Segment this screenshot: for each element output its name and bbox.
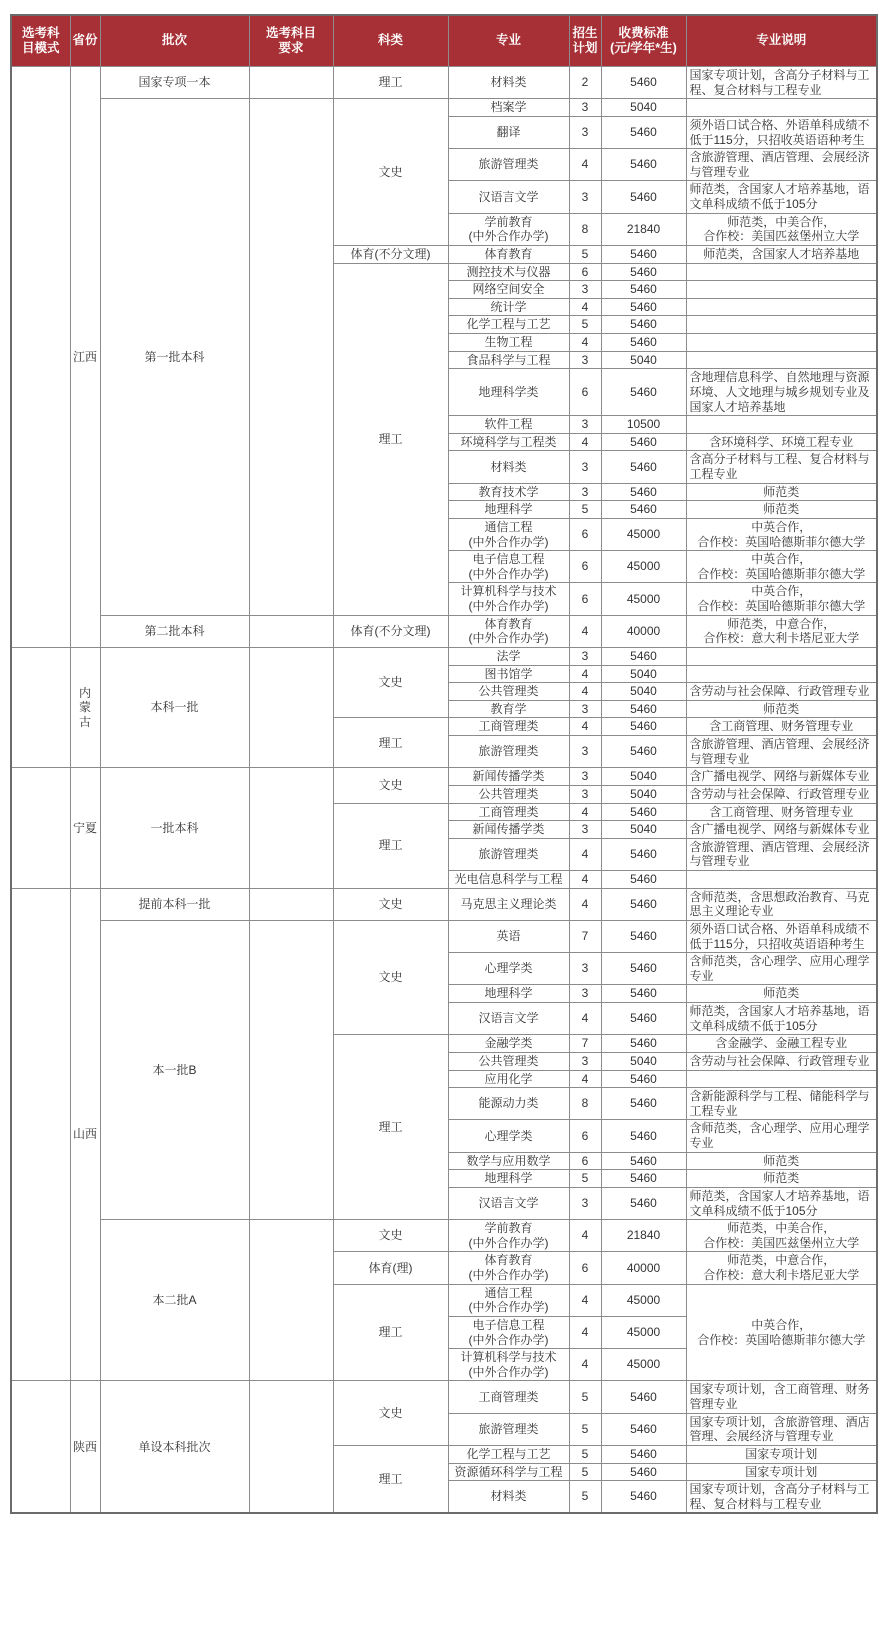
major-cell: 统计学 bbox=[448, 298, 569, 316]
major-cell: 英语 bbox=[448, 920, 569, 952]
fee-cell: 5460 bbox=[601, 1003, 686, 1035]
plan-cell: 4 bbox=[569, 334, 601, 352]
major-cell: 计算机科学与技术 (中外合作办学) bbox=[448, 583, 569, 615]
col-header-note: 专业说明 bbox=[686, 15, 877, 67]
plan-cell: 3 bbox=[569, 785, 601, 803]
plan-cell: 4 bbox=[569, 1220, 601, 1252]
major-cell: 生物工程 bbox=[448, 334, 569, 352]
plan-cell: 8 bbox=[569, 1088, 601, 1120]
category-cell: 文史 bbox=[333, 99, 448, 246]
category-cell: 文史 bbox=[333, 1381, 448, 1446]
major-cell: 公共管理类 bbox=[448, 683, 569, 701]
fee-cell: 5460 bbox=[601, 1120, 686, 1152]
table-header: 选考科 目模式 省份 批次 选考科目 要求 科类 专业 招生 计划 收费标准 (… bbox=[11, 15, 877, 67]
note-cell: 含劳动与社会保障、行政管理专业 bbox=[686, 683, 877, 701]
fee-cell: 5460 bbox=[601, 181, 686, 213]
major-cell: 数学与应用数学 bbox=[448, 1152, 569, 1170]
note-cell: 含高分子材料与工程、复合材料与工程专业 bbox=[686, 451, 877, 483]
major-cell: 新闻传播学类 bbox=[448, 768, 569, 786]
category-cell: 体育(理) bbox=[333, 1252, 448, 1284]
note-cell: 国家专项计划，含旅游管理、酒店管理、会展经济与管理专业 bbox=[686, 1413, 877, 1445]
plan-cell: 3 bbox=[569, 768, 601, 786]
note-cell bbox=[686, 298, 877, 316]
fee-cell: 5040 bbox=[601, 99, 686, 117]
fee-cell: 5460 bbox=[601, 1481, 686, 1514]
major-cell: 通信工程 (中外合作办学) bbox=[448, 518, 569, 550]
plan-cell: 6 bbox=[569, 1120, 601, 1152]
plan-cell: 6 bbox=[569, 1152, 601, 1170]
fee-cell: 5460 bbox=[601, 1187, 686, 1219]
fee-cell: 5460 bbox=[601, 1413, 686, 1445]
plan-cell: 6 bbox=[569, 263, 601, 281]
plan-cell: 4 bbox=[569, 615, 601, 647]
fee-cell: 45000 bbox=[601, 551, 686, 583]
note-cell: 含旅游管理、酒店管理、会展经济与管理专业 bbox=[686, 838, 877, 870]
batch-cell: 单设本科批次 bbox=[100, 1381, 249, 1514]
fee-cell: 5460 bbox=[601, 1170, 686, 1188]
province-cell: 宁夏 bbox=[70, 768, 100, 888]
plan-cell: 6 bbox=[569, 518, 601, 550]
major-cell: 档案学 bbox=[448, 99, 569, 117]
plan-cell: 4 bbox=[569, 1316, 601, 1348]
plan-cell: 7 bbox=[569, 1035, 601, 1053]
note-cell: 须外语口试合格、外语单科成绩不低于115分，只招收英语语种考生 bbox=[686, 920, 877, 952]
plan-cell: 3 bbox=[569, 416, 601, 434]
batch-cell: 国家专项一本 bbox=[100, 67, 249, 99]
major-cell: 食品科学与工程 bbox=[448, 351, 569, 369]
col-header-fee: 收费标准 (元/学年*生) bbox=[601, 15, 686, 67]
note-cell: 师范类，中意合作， 合作校：意大利卡塔尼亚大学 bbox=[686, 1252, 877, 1284]
mode-cell bbox=[11, 768, 70, 888]
major-cell: 测控技术与仪器 bbox=[448, 263, 569, 281]
plan-cell: 6 bbox=[569, 583, 601, 615]
category-cell: 理工 bbox=[333, 67, 448, 99]
note-cell: 国家专项计划，含工商管理、财务管理专业 bbox=[686, 1381, 877, 1413]
header-row: 选考科 目模式 省份 批次 选考科目 要求 科类 专业 招生 计划 收费标准 (… bbox=[11, 15, 877, 67]
category-cell: 理工 bbox=[333, 263, 448, 615]
category-cell: 理工 bbox=[333, 1035, 448, 1220]
requirement-cell bbox=[249, 888, 333, 920]
fee-cell: 5460 bbox=[601, 920, 686, 952]
plan-cell: 4 bbox=[569, 1349, 601, 1381]
fee-cell: 5460 bbox=[601, 263, 686, 281]
major-cell: 化学工程与工艺 bbox=[448, 1445, 569, 1463]
note-cell: 含旅游管理、酒店管理、会展经济与管理专业 bbox=[686, 149, 877, 181]
plan-cell: 4 bbox=[569, 149, 601, 181]
fee-cell: 21840 bbox=[601, 1220, 686, 1252]
requirement-cell bbox=[249, 1381, 333, 1514]
note-cell: 含金融学、金融工程专业 bbox=[686, 1035, 877, 1053]
plan-cell: 4 bbox=[569, 838, 601, 870]
fee-cell: 45000 bbox=[601, 583, 686, 615]
category-cell: 理工 bbox=[333, 803, 448, 888]
note-cell bbox=[686, 351, 877, 369]
plan-cell: 3 bbox=[569, 99, 601, 117]
major-cell: 化学工程与工艺 bbox=[448, 316, 569, 334]
major-cell: 马克思主义理论类 bbox=[448, 888, 569, 920]
note-cell: 含地理信息科学、自然地理与资源环境、人文地理与城乡规划专业及国家人才培养基地 bbox=[686, 369, 877, 416]
fee-cell: 5460 bbox=[601, 334, 686, 352]
fee-cell: 5460 bbox=[601, 1035, 686, 1053]
plan-cell: 3 bbox=[569, 736, 601, 768]
major-cell: 光电信息科学与工程 bbox=[448, 871, 569, 889]
fee-cell: 5040 bbox=[601, 1052, 686, 1070]
major-cell: 旅游管理类 bbox=[448, 149, 569, 181]
plan-cell: 3 bbox=[569, 351, 601, 369]
table-row: 宁夏一批本科文史新闻传播学类35040含广播电视学、网络与新媒体专业 bbox=[11, 768, 877, 786]
requirement-cell bbox=[249, 67, 333, 99]
plan-cell: 5 bbox=[569, 1413, 601, 1445]
fee-cell: 5040 bbox=[601, 821, 686, 839]
fee-cell: 40000 bbox=[601, 615, 686, 647]
requirement-cell bbox=[249, 920, 333, 1219]
fee-cell: 5460 bbox=[601, 483, 686, 501]
fee-cell: 5460 bbox=[601, 871, 686, 889]
plan-cell: 6 bbox=[569, 1252, 601, 1284]
plan-cell: 3 bbox=[569, 483, 601, 501]
plan-cell: 7 bbox=[569, 920, 601, 952]
note-cell: 师范类，含国家人才培养基地，语文单科成绩不低于105分 bbox=[686, 181, 877, 213]
note-cell bbox=[686, 665, 877, 683]
major-cell: 体育教育 (中外合作办学) bbox=[448, 1252, 569, 1284]
plan-cell: 6 bbox=[569, 369, 601, 416]
note-cell: 含工商管理、财务管理专业 bbox=[686, 718, 877, 736]
category-cell: 文史 bbox=[333, 920, 448, 1034]
note-cell: 师范类 bbox=[686, 483, 877, 501]
plan-cell: 4 bbox=[569, 871, 601, 889]
major-cell: 汉语言文学 bbox=[448, 181, 569, 213]
major-cell: 地理科学类 bbox=[448, 369, 569, 416]
fee-cell: 5040 bbox=[601, 683, 686, 701]
note-cell bbox=[686, 99, 877, 117]
note-cell: 师范类，含国家人才培养基地，语文单科成绩不低于105分 bbox=[686, 1187, 877, 1219]
requirement-cell bbox=[249, 1220, 333, 1381]
fee-cell: 5460 bbox=[601, 838, 686, 870]
batch-cell: 第一批本科 bbox=[100, 99, 249, 615]
plan-cell: 5 bbox=[569, 501, 601, 519]
mode-cell bbox=[11, 67, 70, 648]
fee-cell: 5460 bbox=[601, 718, 686, 736]
major-cell: 公共管理类 bbox=[448, 785, 569, 803]
major-cell: 资源循环科学与工程 bbox=[448, 1463, 569, 1481]
batch-cell: 提前本科一批 bbox=[100, 888, 249, 920]
fee-cell: 40000 bbox=[601, 1252, 686, 1284]
province-cell: 江西 bbox=[70, 67, 100, 648]
fee-cell: 5460 bbox=[601, 67, 686, 99]
requirement-cell bbox=[249, 768, 333, 888]
major-cell: 工商管理类 bbox=[448, 803, 569, 821]
major-cell: 学前教育 (中外合作办学) bbox=[448, 213, 569, 245]
plan-cell: 3 bbox=[569, 700, 601, 718]
col-header-batch: 批次 bbox=[100, 15, 249, 67]
note-cell bbox=[686, 871, 877, 889]
note-cell: 中英合作， 合作校：英国哈德斯菲尔德大学 bbox=[686, 1284, 877, 1381]
major-cell: 工商管理类 bbox=[448, 1381, 569, 1413]
col-header-province: 省份 bbox=[70, 15, 100, 67]
plan-cell: 5 bbox=[569, 1481, 601, 1514]
note-cell: 中英合作， 合作校：英国哈德斯菲尔德大学 bbox=[686, 551, 877, 583]
fee-cell: 5460 bbox=[601, 736, 686, 768]
major-cell: 地理科学 bbox=[448, 985, 569, 1003]
major-cell: 学前教育 (中外合作办学) bbox=[448, 1220, 569, 1252]
requirement-cell bbox=[249, 99, 333, 615]
major-cell: 体育教育 (中外合作办学) bbox=[448, 615, 569, 647]
note-cell: 须外语口试合格、外语单科成绩不低于115分，只招收英语语种考生 bbox=[686, 116, 877, 148]
mode-cell bbox=[11, 888, 70, 1381]
plan-cell: 3 bbox=[569, 1052, 601, 1070]
mode-cell bbox=[11, 647, 70, 767]
page: 选考科 目模式 省份 批次 选考科目 要求 科类 专业 招生 计划 收费标准 (… bbox=[0, 14, 886, 1646]
fee-cell: 5460 bbox=[601, 298, 686, 316]
note-cell: 含劳动与社会保障、行政管理专业 bbox=[686, 1052, 877, 1070]
note-cell: 含广播电视学、网络与新媒体专业 bbox=[686, 821, 877, 839]
plan-cell: 3 bbox=[569, 116, 601, 148]
note-cell bbox=[686, 1070, 877, 1088]
fee-cell: 10500 bbox=[601, 416, 686, 434]
plan-cell: 3 bbox=[569, 821, 601, 839]
note-cell: 含广播电视学、网络与新媒体专业 bbox=[686, 768, 877, 786]
major-cell: 汉语言文学 bbox=[448, 1003, 569, 1035]
fee-cell: 5460 bbox=[601, 1088, 686, 1120]
fee-cell: 5460 bbox=[601, 888, 686, 920]
plan-cell: 5 bbox=[569, 1463, 601, 1481]
note-cell: 师范类，含国家人才培养基地 bbox=[686, 245, 877, 263]
major-cell: 软件工程 bbox=[448, 416, 569, 434]
fee-cell: 5460 bbox=[601, 985, 686, 1003]
plan-cell: 4 bbox=[569, 665, 601, 683]
major-cell: 电子信息工程 (中外合作办学) bbox=[448, 1316, 569, 1348]
fee-cell: 21840 bbox=[601, 213, 686, 245]
fee-cell: 5460 bbox=[601, 149, 686, 181]
plan-cell: 5 bbox=[569, 316, 601, 334]
major-cell: 公共管理类 bbox=[448, 1052, 569, 1070]
major-cell: 教育技术学 bbox=[448, 483, 569, 501]
category-cell: 文史 bbox=[333, 768, 448, 803]
requirement-cell bbox=[249, 647, 333, 767]
plan-cell: 4 bbox=[569, 683, 601, 701]
major-cell: 材料类 bbox=[448, 451, 569, 483]
plan-cell: 3 bbox=[569, 1187, 601, 1219]
col-header-plan: 招生 计划 bbox=[569, 15, 601, 67]
major-cell: 旅游管理类 bbox=[448, 838, 569, 870]
note-cell bbox=[686, 316, 877, 334]
province-cell: 陕西 bbox=[70, 1381, 100, 1514]
plan-cell: 5 bbox=[569, 1381, 601, 1413]
note-cell: 国家专项计划，含高分子材料与工程、复合材料与工程专业 bbox=[686, 1481, 877, 1514]
note-cell: 中英合作， 合作校：英国哈德斯菲尔德大学 bbox=[686, 583, 877, 615]
col-header-requirement: 选考科目 要求 bbox=[249, 15, 333, 67]
category-cell: 文史 bbox=[333, 1220, 448, 1252]
fee-cell: 5460 bbox=[601, 116, 686, 148]
note-cell: 含旅游管理、酒店管理、会展经济与管理专业 bbox=[686, 736, 877, 768]
note-cell: 师范类，中美合作， 合作校：美国匹兹堡州立大学 bbox=[686, 213, 877, 245]
note-cell: 师范类，含国家人才培养基地，语文单科成绩不低于105分 bbox=[686, 1003, 877, 1035]
major-cell: 法学 bbox=[448, 647, 569, 665]
note-cell: 国家专项计划 bbox=[686, 1463, 877, 1481]
category-cell: 理工 bbox=[333, 1445, 448, 1513]
category-cell: 理工 bbox=[333, 1284, 448, 1381]
note-cell: 含新能源科学与工程、储能科学与工程专业 bbox=[686, 1088, 877, 1120]
note-cell bbox=[686, 263, 877, 281]
fee-cell: 5460 bbox=[601, 501, 686, 519]
note-cell: 含工商管理、财务管理专业 bbox=[686, 803, 877, 821]
major-cell: 电子信息工程 (中外合作办学) bbox=[448, 551, 569, 583]
note-cell: 师范类，中意合作， 合作校：意大利卡塔尼亚大学 bbox=[686, 615, 877, 647]
col-header-major: 专业 bbox=[448, 15, 569, 67]
plan-cell: 4 bbox=[569, 433, 601, 451]
plan-cell: 3 bbox=[569, 281, 601, 299]
admission-plan-table: 选考科 目模式 省份 批次 选考科目 要求 科类 专业 招生 计划 收费标准 (… bbox=[10, 14, 878, 1514]
note-cell: 师范类，中美合作， 合作校：美国匹兹堡州立大学 bbox=[686, 1220, 877, 1252]
batch-cell: 第二批本科 bbox=[100, 615, 249, 647]
major-cell: 心理学类 bbox=[448, 953, 569, 985]
note-cell: 含劳动与社会保障、行政管理专业 bbox=[686, 785, 877, 803]
major-cell: 材料类 bbox=[448, 67, 569, 99]
plan-cell: 3 bbox=[569, 181, 601, 213]
requirement-cell bbox=[249, 615, 333, 647]
note-cell: 国家专项计划 bbox=[686, 1445, 877, 1463]
major-cell: 旅游管理类 bbox=[448, 1413, 569, 1445]
table-row: 山西提前本科一批文史马克思主义理论类45460含师范类，含思想政治教育、马克思主… bbox=[11, 888, 877, 920]
fee-cell: 5460 bbox=[601, 316, 686, 334]
fee-cell: 5460 bbox=[601, 1463, 686, 1481]
major-cell: 金融学类 bbox=[448, 1035, 569, 1053]
major-cell: 图书馆学 bbox=[448, 665, 569, 683]
fee-cell: 5460 bbox=[601, 953, 686, 985]
fee-cell: 5460 bbox=[601, 451, 686, 483]
major-cell: 通信工程 (中外合作办学) bbox=[448, 1284, 569, 1316]
plan-cell: 3 bbox=[569, 953, 601, 985]
major-cell: 应用化学 bbox=[448, 1070, 569, 1088]
batch-cell: 一批本科 bbox=[100, 768, 249, 888]
fee-cell: 5040 bbox=[601, 785, 686, 803]
category-cell: 理工 bbox=[333, 718, 448, 768]
category-cell: 体育(不分文理) bbox=[333, 245, 448, 263]
major-cell: 翻译 bbox=[448, 116, 569, 148]
note-cell: 师范类 bbox=[686, 700, 877, 718]
plan-cell: 3 bbox=[569, 985, 601, 1003]
fee-cell: 45000 bbox=[601, 1349, 686, 1381]
fee-cell: 45000 bbox=[601, 1316, 686, 1348]
category-cell: 体育(不分文理) bbox=[333, 615, 448, 647]
major-cell: 心理学类 bbox=[448, 1120, 569, 1152]
note-cell bbox=[686, 281, 877, 299]
major-cell: 体育教育 bbox=[448, 245, 569, 263]
admission-table-body: 江西国家专项一本理工材料类25460国家专项计划，含高分子材料与工程、复合材料与… bbox=[11, 67, 877, 1514]
fee-cell: 5040 bbox=[601, 665, 686, 683]
province-cell: 内 蒙 古 bbox=[70, 647, 100, 767]
major-cell: 能源动力类 bbox=[448, 1088, 569, 1120]
plan-cell: 2 bbox=[569, 67, 601, 99]
note-cell: 含师范类，含思想政治教育、马克思主义理论专业 bbox=[686, 888, 877, 920]
note-cell bbox=[686, 416, 877, 434]
table-row: 江西国家专项一本理工材料类25460国家专项计划，含高分子材料与工程、复合材料与… bbox=[11, 67, 877, 99]
col-header-mode: 选考科 目模式 bbox=[11, 15, 70, 67]
note-cell: 含师范类，含心理学、应用心理学专业 bbox=[686, 953, 877, 985]
plan-cell: 6 bbox=[569, 551, 601, 583]
major-cell: 网络空间安全 bbox=[448, 281, 569, 299]
table-row: 本一批B文史英语75460须外语口试合格、外语单科成绩不低于115分，只招收英语… bbox=[11, 920, 877, 952]
fee-cell: 5460 bbox=[601, 1381, 686, 1413]
major-cell: 地理科学 bbox=[448, 501, 569, 519]
note-cell: 含环境科学、环境工程专业 bbox=[686, 433, 877, 451]
fee-cell: 5460 bbox=[601, 647, 686, 665]
table-row: 内 蒙 古本科一批文史法学35460 bbox=[11, 647, 877, 665]
major-cell: 材料类 bbox=[448, 1481, 569, 1514]
fee-cell: 5460 bbox=[601, 700, 686, 718]
major-cell: 环境科学与工程类 bbox=[448, 433, 569, 451]
table-row: 陕西单设本科批次文史工商管理类55460国家专项计划，含工商管理、财务管理专业 bbox=[11, 1381, 877, 1413]
fee-cell: 5040 bbox=[601, 768, 686, 786]
fee-cell: 45000 bbox=[601, 518, 686, 550]
note-cell: 师范类 bbox=[686, 1170, 877, 1188]
note-cell: 含师范类，含心理学、应用心理学专业 bbox=[686, 1120, 877, 1152]
province-cell: 山西 bbox=[70, 888, 100, 1381]
fee-cell: 45000 bbox=[601, 1284, 686, 1316]
major-cell: 地理科学 bbox=[448, 1170, 569, 1188]
col-header-category: 科类 bbox=[333, 15, 448, 67]
batch-cell: 本一批B bbox=[100, 920, 249, 1219]
note-cell bbox=[686, 647, 877, 665]
plan-cell: 4 bbox=[569, 298, 601, 316]
fee-cell: 5460 bbox=[601, 1070, 686, 1088]
plan-cell: 5 bbox=[569, 1170, 601, 1188]
fee-cell: 5460 bbox=[601, 1152, 686, 1170]
fee-cell: 5460 bbox=[601, 1445, 686, 1463]
plan-cell: 4 bbox=[569, 1284, 601, 1316]
fee-cell: 5460 bbox=[601, 433, 686, 451]
plan-cell: 3 bbox=[569, 647, 601, 665]
note-cell: 国家专项计划，含高分子材料与工程、复合材料与工程专业 bbox=[686, 67, 877, 99]
note-cell: 师范类 bbox=[686, 985, 877, 1003]
batch-cell: 本科一批 bbox=[100, 647, 249, 767]
plan-cell: 5 bbox=[569, 245, 601, 263]
note-cell: 师范类 bbox=[686, 1152, 877, 1170]
major-cell: 教育学 bbox=[448, 700, 569, 718]
category-cell: 文史 bbox=[333, 888, 448, 920]
table-row: 第二批本科体育(不分文理)体育教育 (中外合作办学)440000师范类，中意合作… bbox=[11, 615, 877, 647]
plan-cell: 5 bbox=[569, 1445, 601, 1463]
major-cell: 工商管理类 bbox=[448, 718, 569, 736]
fee-cell: 5460 bbox=[601, 369, 686, 416]
category-cell: 文史 bbox=[333, 647, 448, 718]
table-row: 本二批A文史学前教育 (中外合作办学)421840师范类，中美合作， 合作校：美… bbox=[11, 1220, 877, 1252]
fee-cell: 5460 bbox=[601, 803, 686, 821]
plan-cell: 4 bbox=[569, 803, 601, 821]
fee-cell: 5460 bbox=[601, 245, 686, 263]
batch-cell: 本二批A bbox=[100, 1220, 249, 1381]
plan-cell: 4 bbox=[569, 888, 601, 920]
plan-cell: 8 bbox=[569, 213, 601, 245]
table-row: 第一批本科文史档案学35040 bbox=[11, 99, 877, 117]
plan-cell: 4 bbox=[569, 718, 601, 736]
note-cell bbox=[686, 334, 877, 352]
fee-cell: 5460 bbox=[601, 281, 686, 299]
note-cell: 中英合作， 合作校：英国哈德斯菲尔德大学 bbox=[686, 518, 877, 550]
plan-cell: 4 bbox=[569, 1003, 601, 1035]
major-cell: 计算机科学与技术 (中外合作办学) bbox=[448, 1349, 569, 1381]
plan-cell: 3 bbox=[569, 451, 601, 483]
major-cell: 汉语言文学 bbox=[448, 1187, 569, 1219]
fee-cell: 5040 bbox=[601, 351, 686, 369]
major-cell: 旅游管理类 bbox=[448, 736, 569, 768]
note-cell: 师范类 bbox=[686, 501, 877, 519]
mode-cell bbox=[11, 1381, 70, 1514]
major-cell: 新闻传播学类 bbox=[448, 821, 569, 839]
plan-cell: 4 bbox=[569, 1070, 601, 1088]
